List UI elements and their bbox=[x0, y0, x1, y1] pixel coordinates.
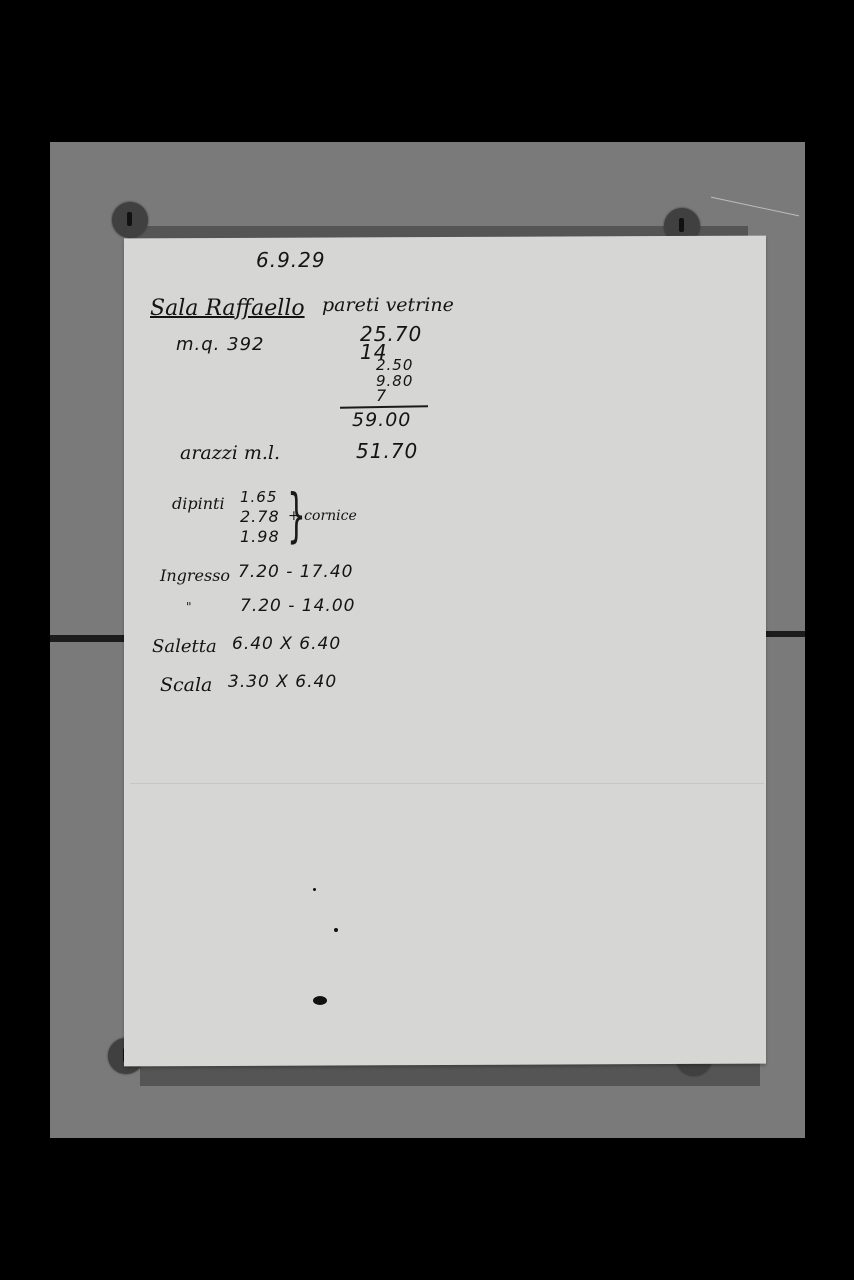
dipinti-note: + cornice bbox=[288, 508, 357, 524]
row-value: 6.40 X 6.40 bbox=[232, 634, 341, 654]
dipinti-value: 1.65 bbox=[240, 488, 277, 506]
row-value: 3.30 X 6.40 bbox=[228, 672, 337, 692]
dipinti-value: 2.78 bbox=[240, 507, 280, 526]
ink-speck bbox=[334, 928, 338, 932]
sum-total: 59.00 bbox=[352, 409, 411, 431]
ink-blot bbox=[313, 996, 327, 1005]
note-date: 6.9.29 bbox=[256, 248, 326, 272]
row-label: Scala bbox=[160, 674, 212, 696]
ink-speck bbox=[313, 888, 316, 891]
dipinti-label: dipinti bbox=[172, 494, 225, 513]
row-value: 7.20 - 17.40 bbox=[238, 562, 353, 582]
note-heading-right: pareti vetrine bbox=[322, 294, 454, 316]
note-heading: Sala Raffaello bbox=[150, 296, 305, 321]
board-crack bbox=[711, 197, 799, 217]
handwritten-note-sheet bbox=[124, 236, 766, 1067]
area-label: m.q. 392 bbox=[176, 334, 264, 355]
row-value: 7.20 - 14.00 bbox=[240, 596, 355, 616]
row-label: Ingresso bbox=[160, 566, 230, 585]
board-seam-left bbox=[50, 635, 130, 642]
dipinti-value: 1.98 bbox=[240, 527, 280, 546]
row-label: Saletta bbox=[152, 636, 217, 657]
paper-fold-line bbox=[130, 783, 764, 784]
sum-item: 7 bbox=[376, 386, 387, 405]
row-label: " bbox=[186, 600, 192, 614]
arazzi-label: arazzi m.l. bbox=[180, 442, 280, 464]
pin-top-left-icon bbox=[112, 202, 148, 238]
arazzi-value: 51.70 bbox=[356, 439, 418, 463]
